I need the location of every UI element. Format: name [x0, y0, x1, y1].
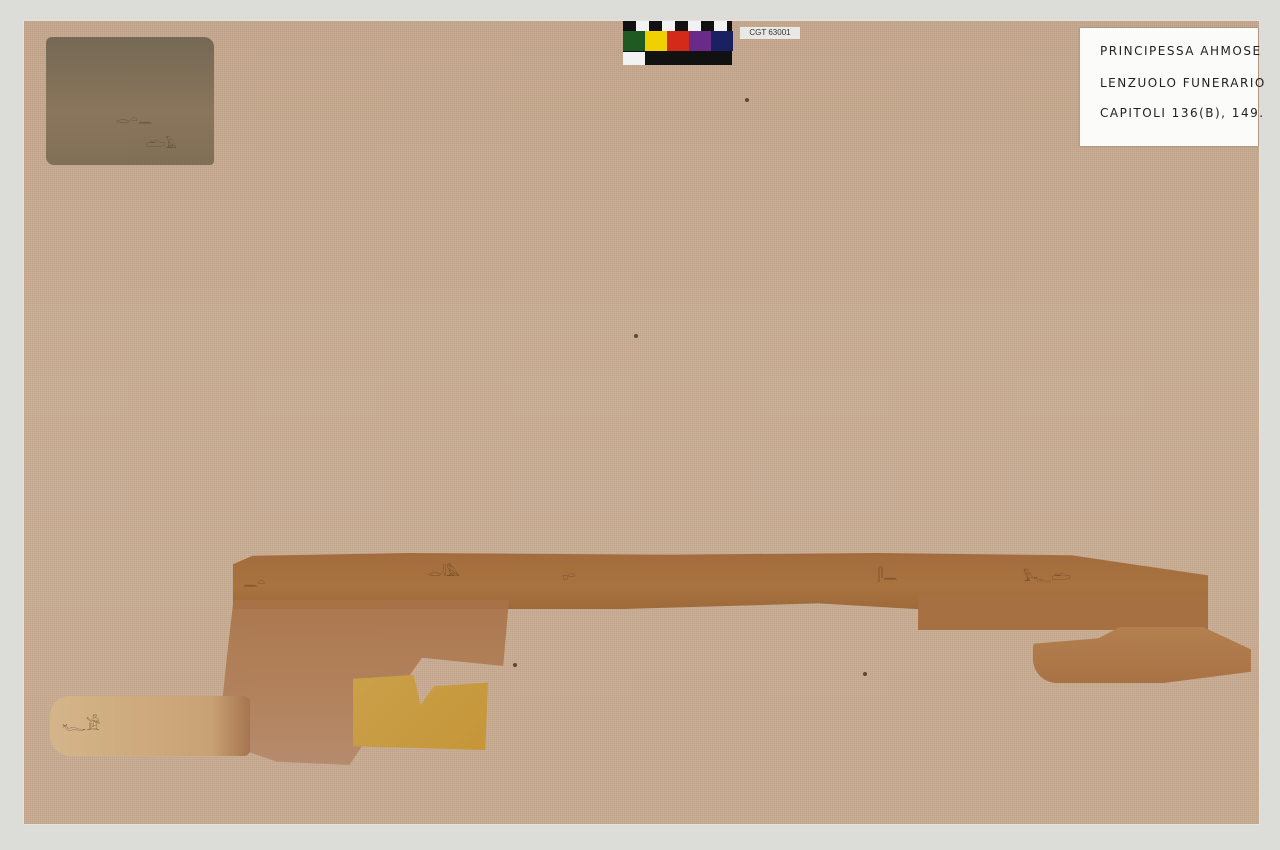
yellow-pieces	[353, 675, 488, 750]
hieroglyph-text: 𓅱𓆑𓂧	[1023, 565, 1070, 585]
label-line-description: LENZUOLO FUNERARIO	[1100, 76, 1266, 90]
speck	[634, 334, 638, 338]
hieroglyph-text: 𓊪𓏏	[563, 563, 575, 583]
hieroglyph-text: 𓈖𓏏	[243, 570, 265, 590]
color-calibration-chart	[623, 21, 732, 65]
main-strip-lower-section	[918, 595, 1208, 630]
lower-left-piece: 𓆑𓀀	[50, 696, 250, 756]
hieroglyph-text: 𓂋𓇋𓅓	[428, 560, 460, 580]
hieroglyph-text: 𓆑𓀀	[62, 710, 100, 736]
speck	[863, 672, 867, 676]
hieroglyph-text: 𓂧𓄿	[146, 132, 177, 152]
label-line-chapters: CAPITOLI 136(B), 149.	[1100, 106, 1265, 120]
description-label-card: PRINCIPESSA AHMOSE LENZUOLO FUNERARIO CA…	[1080, 28, 1258, 146]
speck	[745, 98, 749, 102]
hieroglyph-text: 𓋴𓈖	[878, 563, 897, 583]
speck	[513, 663, 517, 667]
right-lower-piece	[1033, 627, 1251, 683]
linen-mount-background: 𓂋𓏏𓈖 𓂧𓄿 𓆑𓀀 𓈖𓏏 𓂋𓇋𓅓 𓊪𓏏 𓋴𓈖 𓅱𓆑𓂧	[23, 20, 1260, 825]
label-line-title: PRINCIPESSA AHMOSE	[1100, 44, 1262, 58]
inventory-tag: CGT 63001	[740, 27, 800, 39]
top-left-fragment: 𓂋𓏏𓈖 𓂧𓄿	[46, 37, 214, 165]
hieroglyph-text: 𓂋𓏏𓈖	[116, 107, 152, 127]
